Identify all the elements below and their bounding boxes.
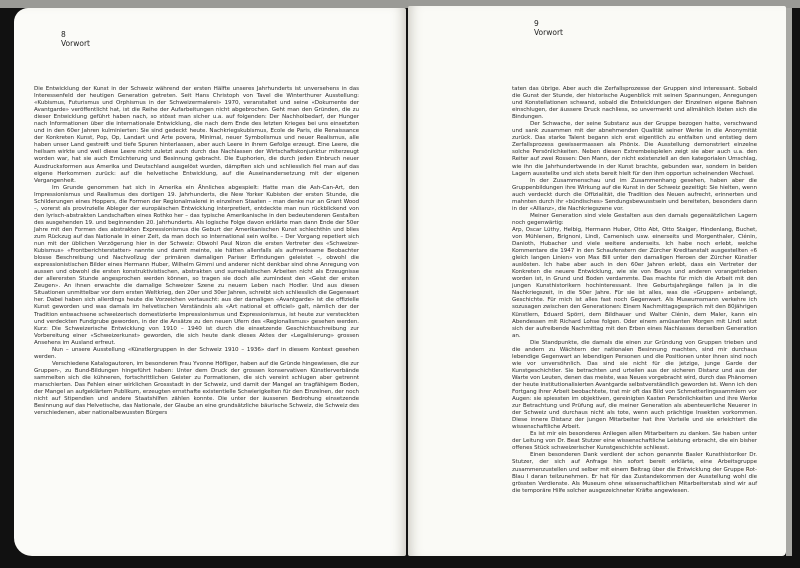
page-edge-shadow <box>786 8 792 556</box>
paragraph: In der Zusammenschau und im Zusammenhang… <box>512 178 757 213</box>
paragraph: taten das übrige. Aber auch die Zerfalls… <box>512 86 757 121</box>
paragraph: Einen besonderen Dank verdient der schon… <box>512 452 757 494</box>
page-number: 8 <box>61 30 90 39</box>
paragraph: Die Standpunkte, die damals die einen zu… <box>512 340 757 432</box>
paragraph: Die Entwicklung der Kunst in der Schweiz… <box>34 86 359 185</box>
paragraph: Nun – unsere Ausstellung «Künstlergruppe… <box>34 347 359 361</box>
paragraph: Meiner Generation sind viele Gestalten a… <box>512 213 757 227</box>
left-page-body: Die Entwicklung der Kunst in der Schweiz… <box>34 86 359 417</box>
right-page: 9 Vorwort taten das übrige. Aber auch di… <box>408 6 786 556</box>
right-page-header: 9 Vorwort <box>534 19 563 37</box>
paragraph: Es ist mir ein besonderes Anliegen allen… <box>512 431 757 452</box>
page-number: 9 <box>534 19 563 28</box>
left-page-header: 8 Vorwort <box>61 30 90 48</box>
left-page: 8 Vorwort Die Entwicklung der Kunst in d… <box>14 8 406 556</box>
paragraph: Der Schwache, der seine Substanz aus der… <box>512 121 757 177</box>
running-head: Vorwort <box>534 28 563 37</box>
running-head: Vorwort <box>61 39 90 48</box>
paragraph: Arp, Oscar Lüthy, Helbig, Hermann Huber,… <box>512 227 757 340</box>
paragraph: Im Grunde genommen hat sich in Amerika e… <box>34 185 359 347</box>
right-page-body: taten das übrige. Aber auch die Zerfalls… <box>512 86 757 495</box>
paragraph: Verschiedene Katalogautoren, im besonder… <box>34 361 359 417</box>
